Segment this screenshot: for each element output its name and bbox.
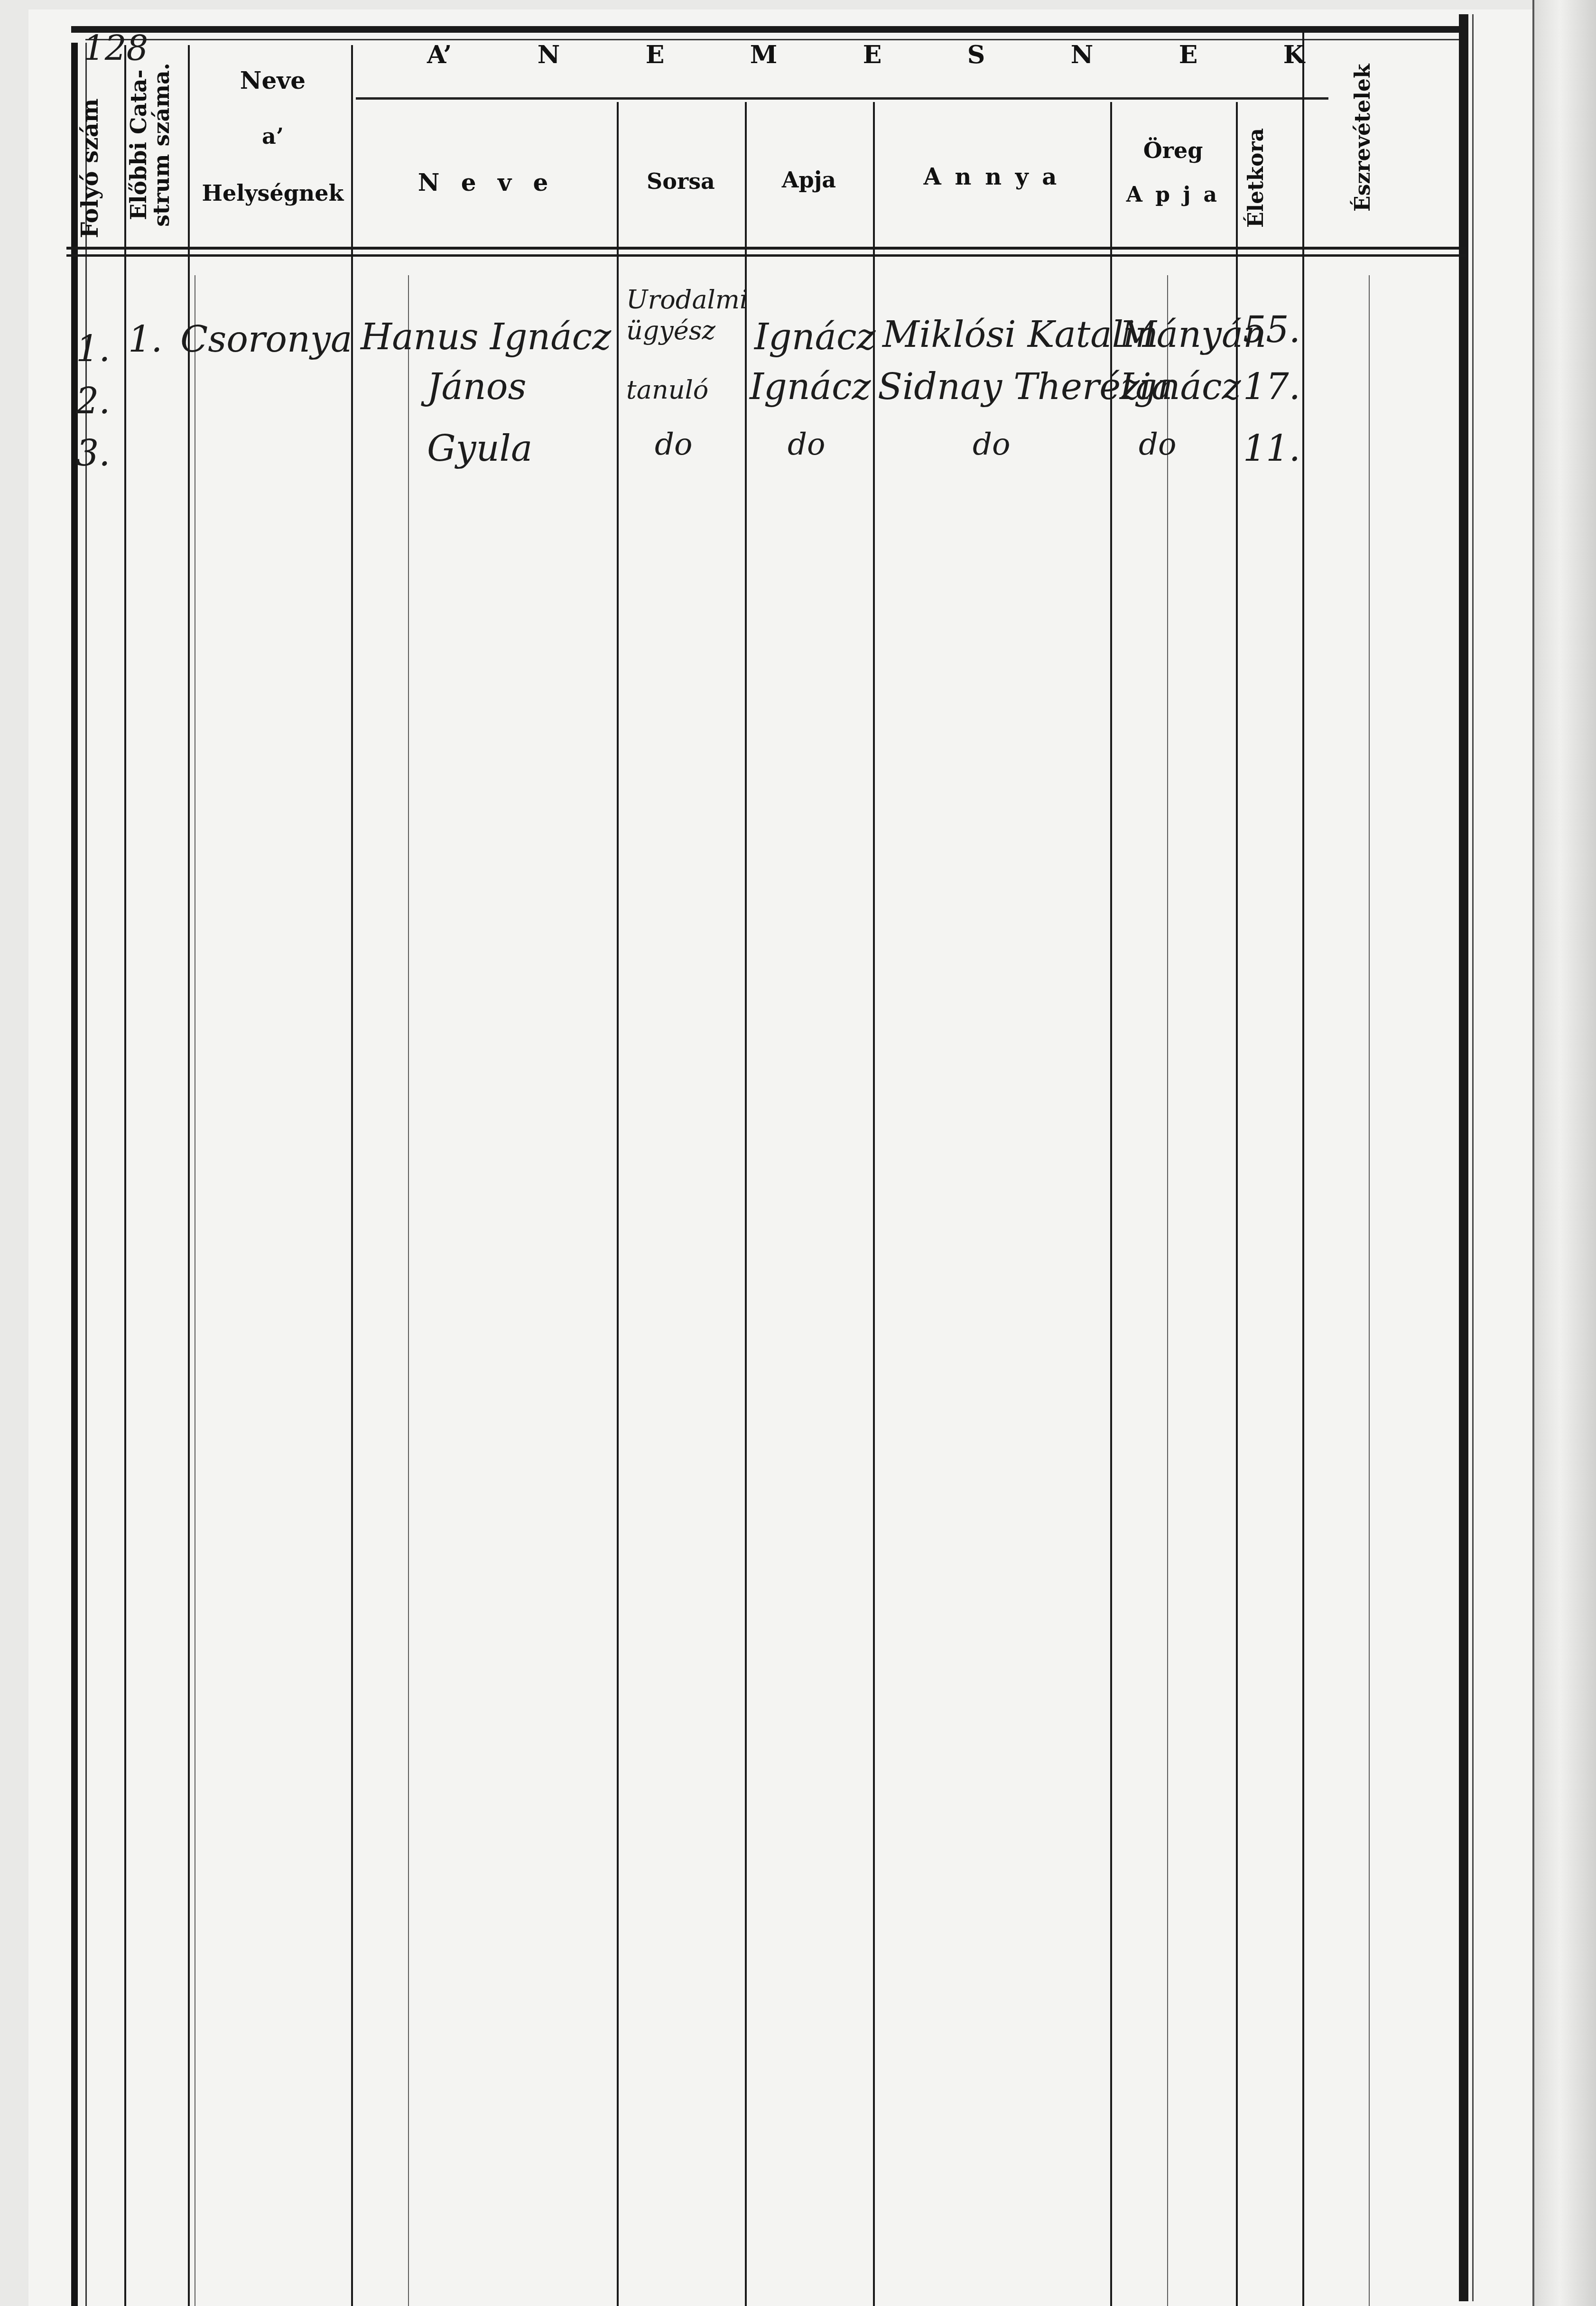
row-3-grandfather-ditto: do — [1139, 427, 1177, 462]
row-1-prev-cadastre: 1. — [128, 318, 163, 360]
header-grandfather-line2: A p j a — [1110, 183, 1236, 207]
column-divider — [1302, 31, 1304, 2306]
row-2-grandfather: Ignácz — [1120, 365, 1241, 408]
header-place-name-line1: Neve — [195, 66, 351, 94]
row-1-age: 55. — [1243, 308, 1300, 351]
row-2-age: 17. — [1243, 365, 1300, 408]
header-grandfather-line1: Öreg — [1110, 138, 1236, 163]
group-title-letter: K — [1283, 40, 1305, 69]
group-title-letter: N — [538, 40, 560, 69]
row-3-age: 11. — [1243, 427, 1300, 469]
column-divider — [745, 102, 747, 2306]
header-remarks: Észrevételek — [1352, 52, 1400, 223]
group-title-letter: S — [967, 40, 985, 69]
row-3-father-ditto: do — [788, 427, 826, 462]
column-divider-thin — [408, 275, 409, 2306]
row-3-name: Gyula — [427, 427, 532, 469]
right-border-rule-thin — [1472, 14, 1474, 2301]
group-subheader-rule — [356, 97, 1328, 100]
column-divider-thin — [1167, 275, 1168, 2306]
row-3-mother-ditto: do — [973, 427, 1011, 462]
row-1-status-line1: Urodalmi — [626, 285, 748, 315]
group-title-letter: N — [1071, 40, 1094, 69]
header-serial-number: Folyó szám — [78, 97, 121, 240]
column-divider — [188, 45, 190, 2306]
group-title-letter: E — [1179, 40, 1198, 69]
row-3-serial: 3. — [76, 432, 111, 474]
header-place-name-line2: a’ — [195, 123, 351, 149]
column-divider-thin — [195, 275, 195, 2306]
column-divider — [124, 45, 126, 2306]
column-divider-thin — [1369, 275, 1370, 2306]
book-spine-edge — [1532, 0, 1596, 2306]
row-2-name: János — [427, 365, 526, 408]
header-place-name-line3: Helységnek — [195, 180, 351, 206]
row-1-place: Csoronya — [180, 318, 352, 360]
group-title-letter: M — [750, 40, 778, 69]
top-border-rule — [71, 26, 1466, 33]
column-divider — [1236, 102, 1238, 2306]
right-border-rule — [1459, 14, 1468, 2301]
header-status: Sorsa — [617, 168, 745, 194]
header-mother: A n n y a — [873, 164, 1110, 190]
row-1-name: Hanus Ignácz — [361, 316, 611, 358]
header-bottom-rule — [66, 247, 1466, 250]
row-1-mother: Miklósi Katalin — [882, 313, 1158, 355]
row-1-father: Ignácz — [754, 316, 876, 358]
header-name: N e v e — [356, 168, 617, 196]
row-1-serial: 1. — [76, 327, 111, 370]
column-divider — [351, 45, 353, 2306]
column-divider — [617, 102, 619, 2306]
column-divider — [873, 102, 875, 2306]
group-title-nobles: A’ N E M E S N E K — [427, 40, 1305, 69]
row-2-status: tanuló — [626, 375, 708, 405]
row-1-status-line2: ügyész — [626, 316, 715, 345]
row-3-status-ditto: do — [655, 427, 693, 462]
header-bottom-rule-second — [66, 254, 1466, 257]
column-divider — [1110, 102, 1112, 2306]
header-previous-cadastre-number: Előbbi Cata-strum száma. — [127, 50, 184, 240]
row-2-serial: 2. — [76, 380, 111, 422]
group-title-letter: E — [646, 40, 665, 69]
row-2-father: Ignácz — [750, 365, 871, 408]
header-age: Életkora — [1245, 121, 1293, 235]
group-title-letter: A’ — [427, 40, 452, 69]
header-father: Apja — [745, 167, 873, 193]
group-title-letter: E — [863, 40, 882, 69]
